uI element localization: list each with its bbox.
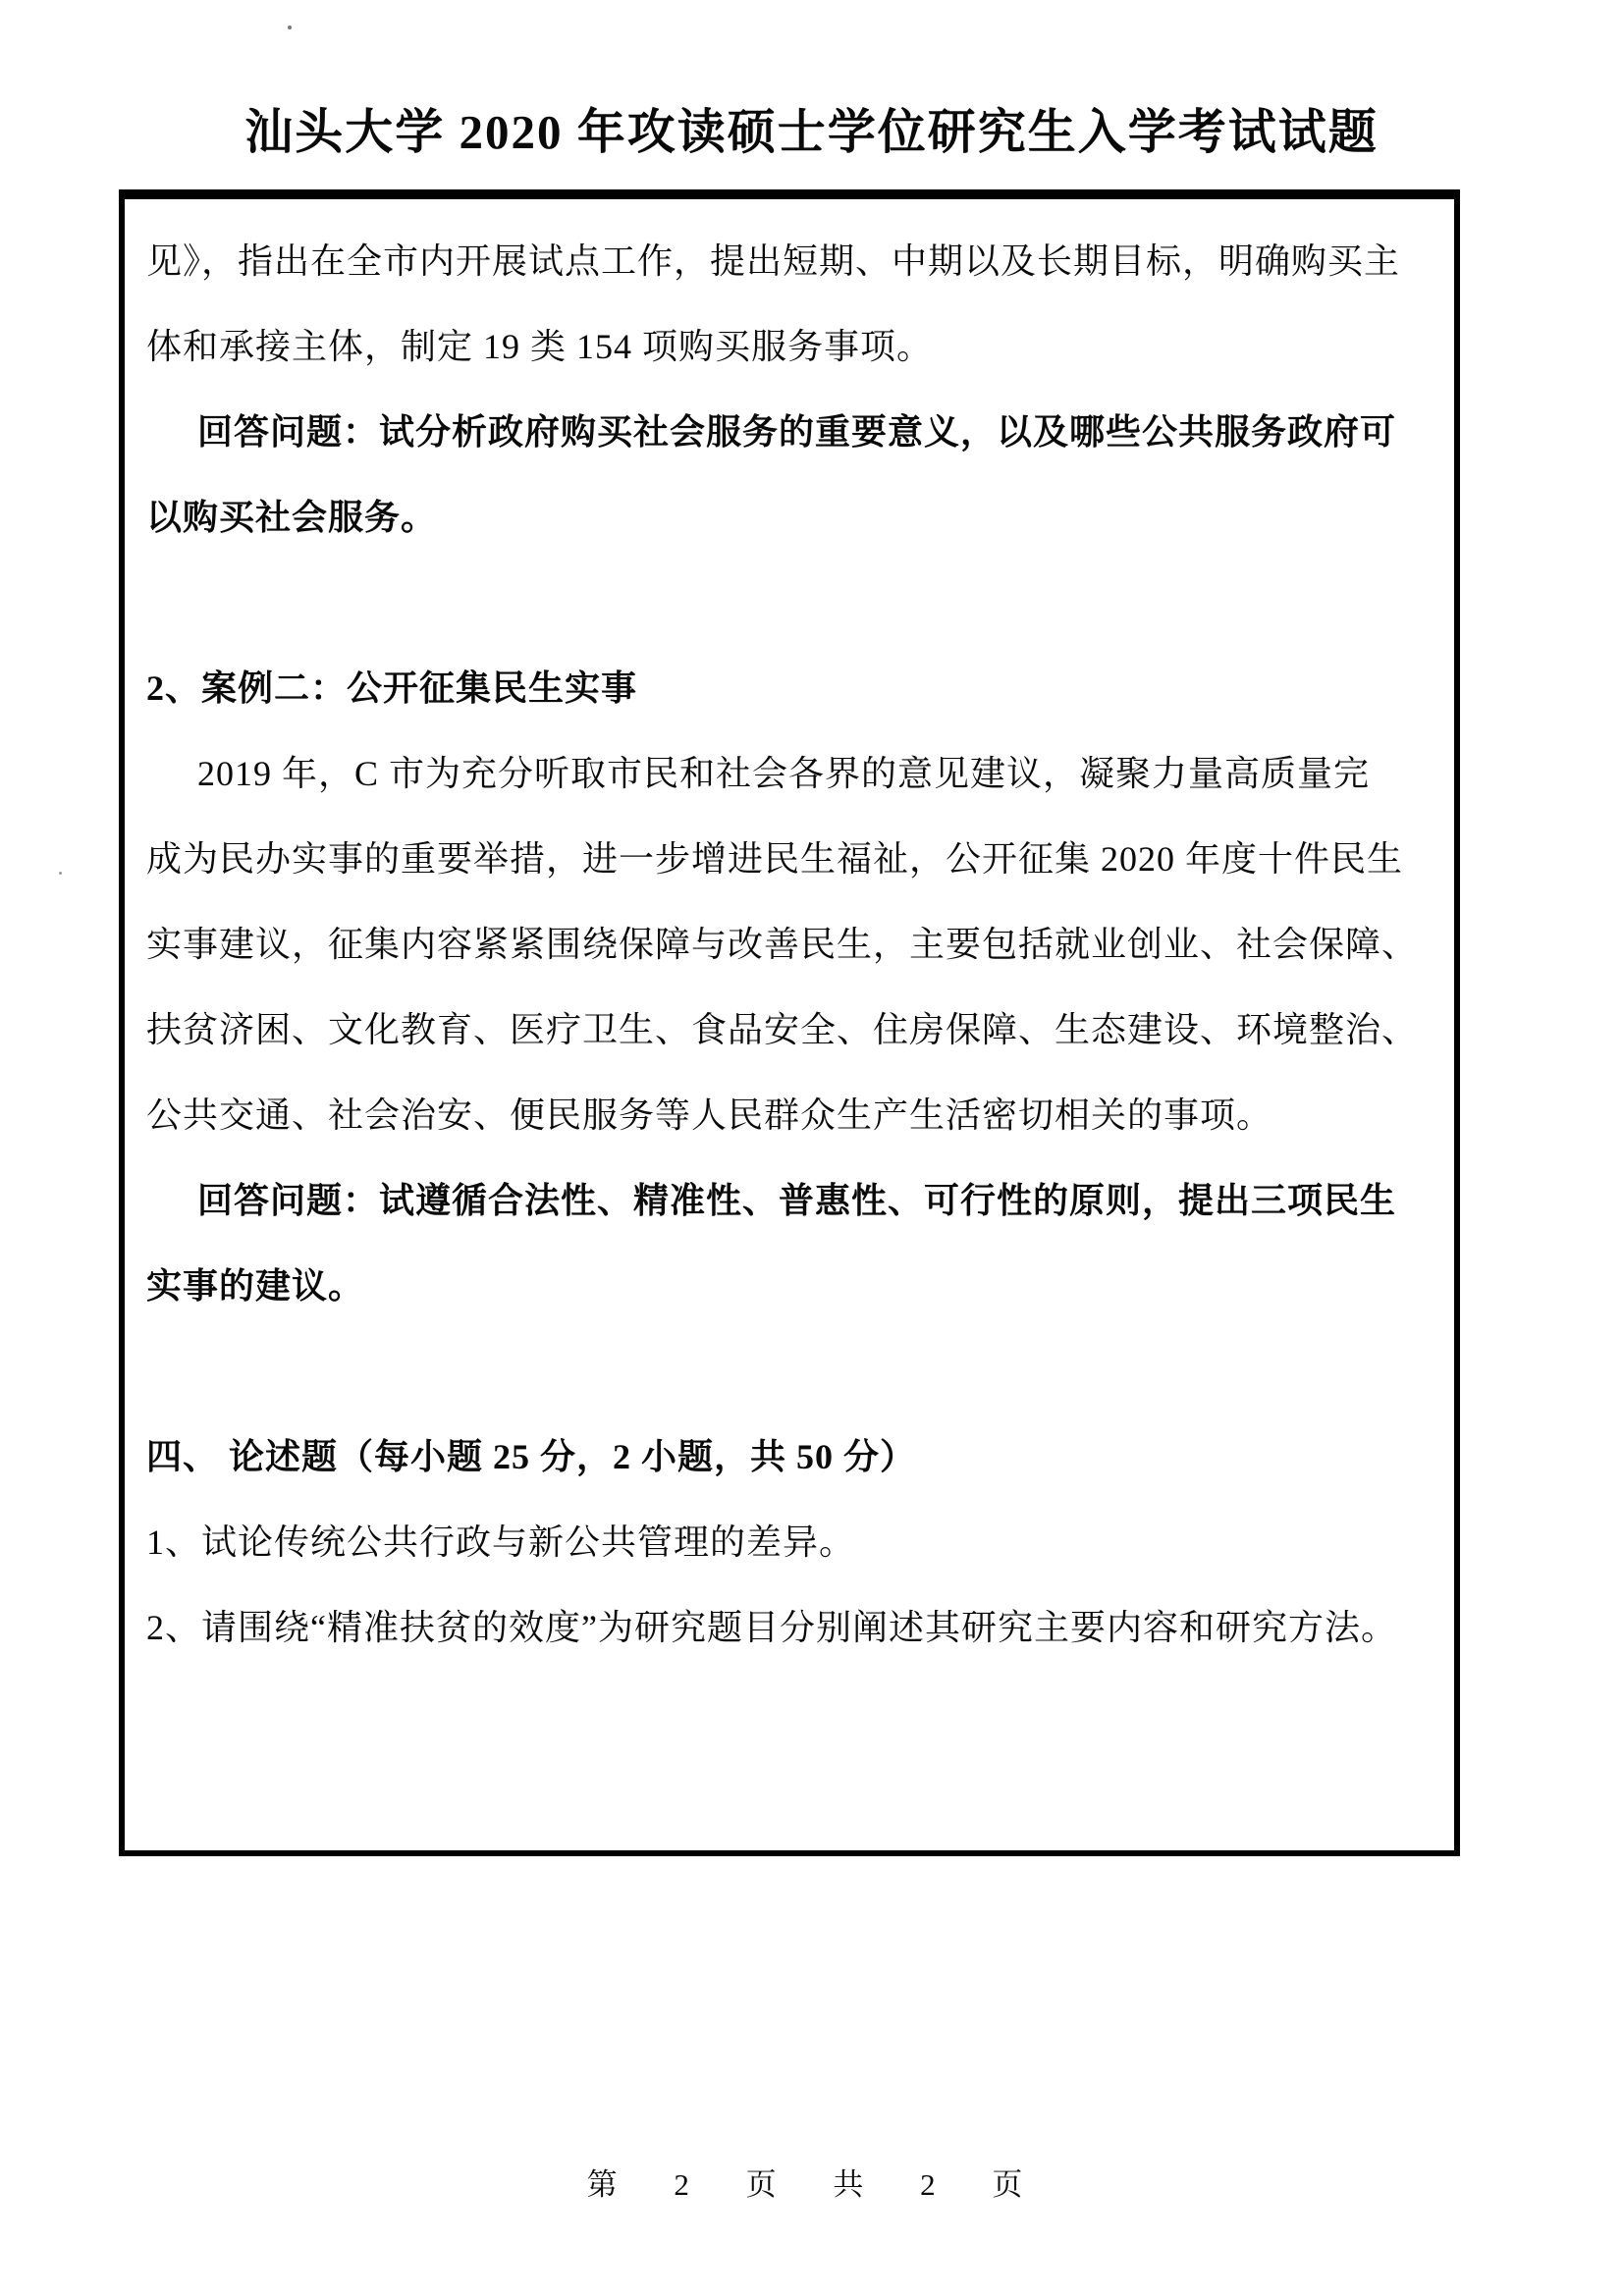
exam-text-line: 2、请围绕“精准扶贫的效度”为研究题目分别阐述其研究主要内容和研究方法。 [146,1585,1436,1671]
exam-text-line: 成为民办实事的重要举措，进一步增进民生福祉，公开征集 2020 年度十件民生 [146,817,1436,902]
exam-text-line: 实事建议，征集内容紧紧围绕保障与改善民生，主要包括就业创业、社会保障、 [146,902,1436,988]
exam-content-box: 见》，指出在全市内开展试点工作，提出短期、中期以及长期目标，明确购买主体和承接主… [119,189,1460,1856]
exam-text-line: 1、试论传统公共行政与新公共管理的差异。 [146,1500,1436,1585]
exam-text-line: 体和承接主体，制定 19 类 154 项购买服务事项。 [146,304,1436,390]
scan-artifact-dot [288,26,292,29]
exam-text-line: 2、案例二：公开征集民生实事 [146,646,1436,731]
exam-text-line: 回答问题：试分析政府购买社会服务的重要意义，以及哪些公共服务政府可 [146,390,1436,475]
page-number-footer: 第 2 页 共 2 页 [0,2160,1623,2204]
exam-text-line: 2019 年，C 市为充分听取市民和社会各界的意见建议，凝聚力量高质量完 [146,731,1436,817]
scan-artifact-dot [59,872,62,875]
page-title: 汕头大学 2020 年攻读硕士学位研究生入学考试试题 [0,94,1623,163]
blank-line [146,1329,1436,1415]
exam-text-line: 四、 论述题（每小题 25 分，2 小题，共 50 分） [146,1415,1436,1500]
exam-text-line: 实事的建议。 [146,1244,1436,1329]
exam-text-line: 扶贫济困、文化教育、医疗卫生、食品安全、住房保障、生态建设、环境整治、 [146,988,1436,1073]
blank-line [146,561,1436,646]
exam-text-line: 公共交通、社会治安、便民服务等人民群众生产生活密切相关的事项。 [146,1073,1436,1158]
exam-text-line: 见》，指出在全市内开展试点工作，提出短期、中期以及长期目标，明确购买主 [146,219,1436,304]
exam-text-line: 以购买社会服务。 [146,475,1436,561]
exam-text-line: 回答问题：试遵循合法性、精准性、普惠性、可行性的原则，提出三项民生 [146,1158,1436,1244]
exam-paper-page: 汕头大学 2020 年攻读硕士学位研究生入学考试试题 见》，指出在全市内开展试点… [0,0,1623,2296]
